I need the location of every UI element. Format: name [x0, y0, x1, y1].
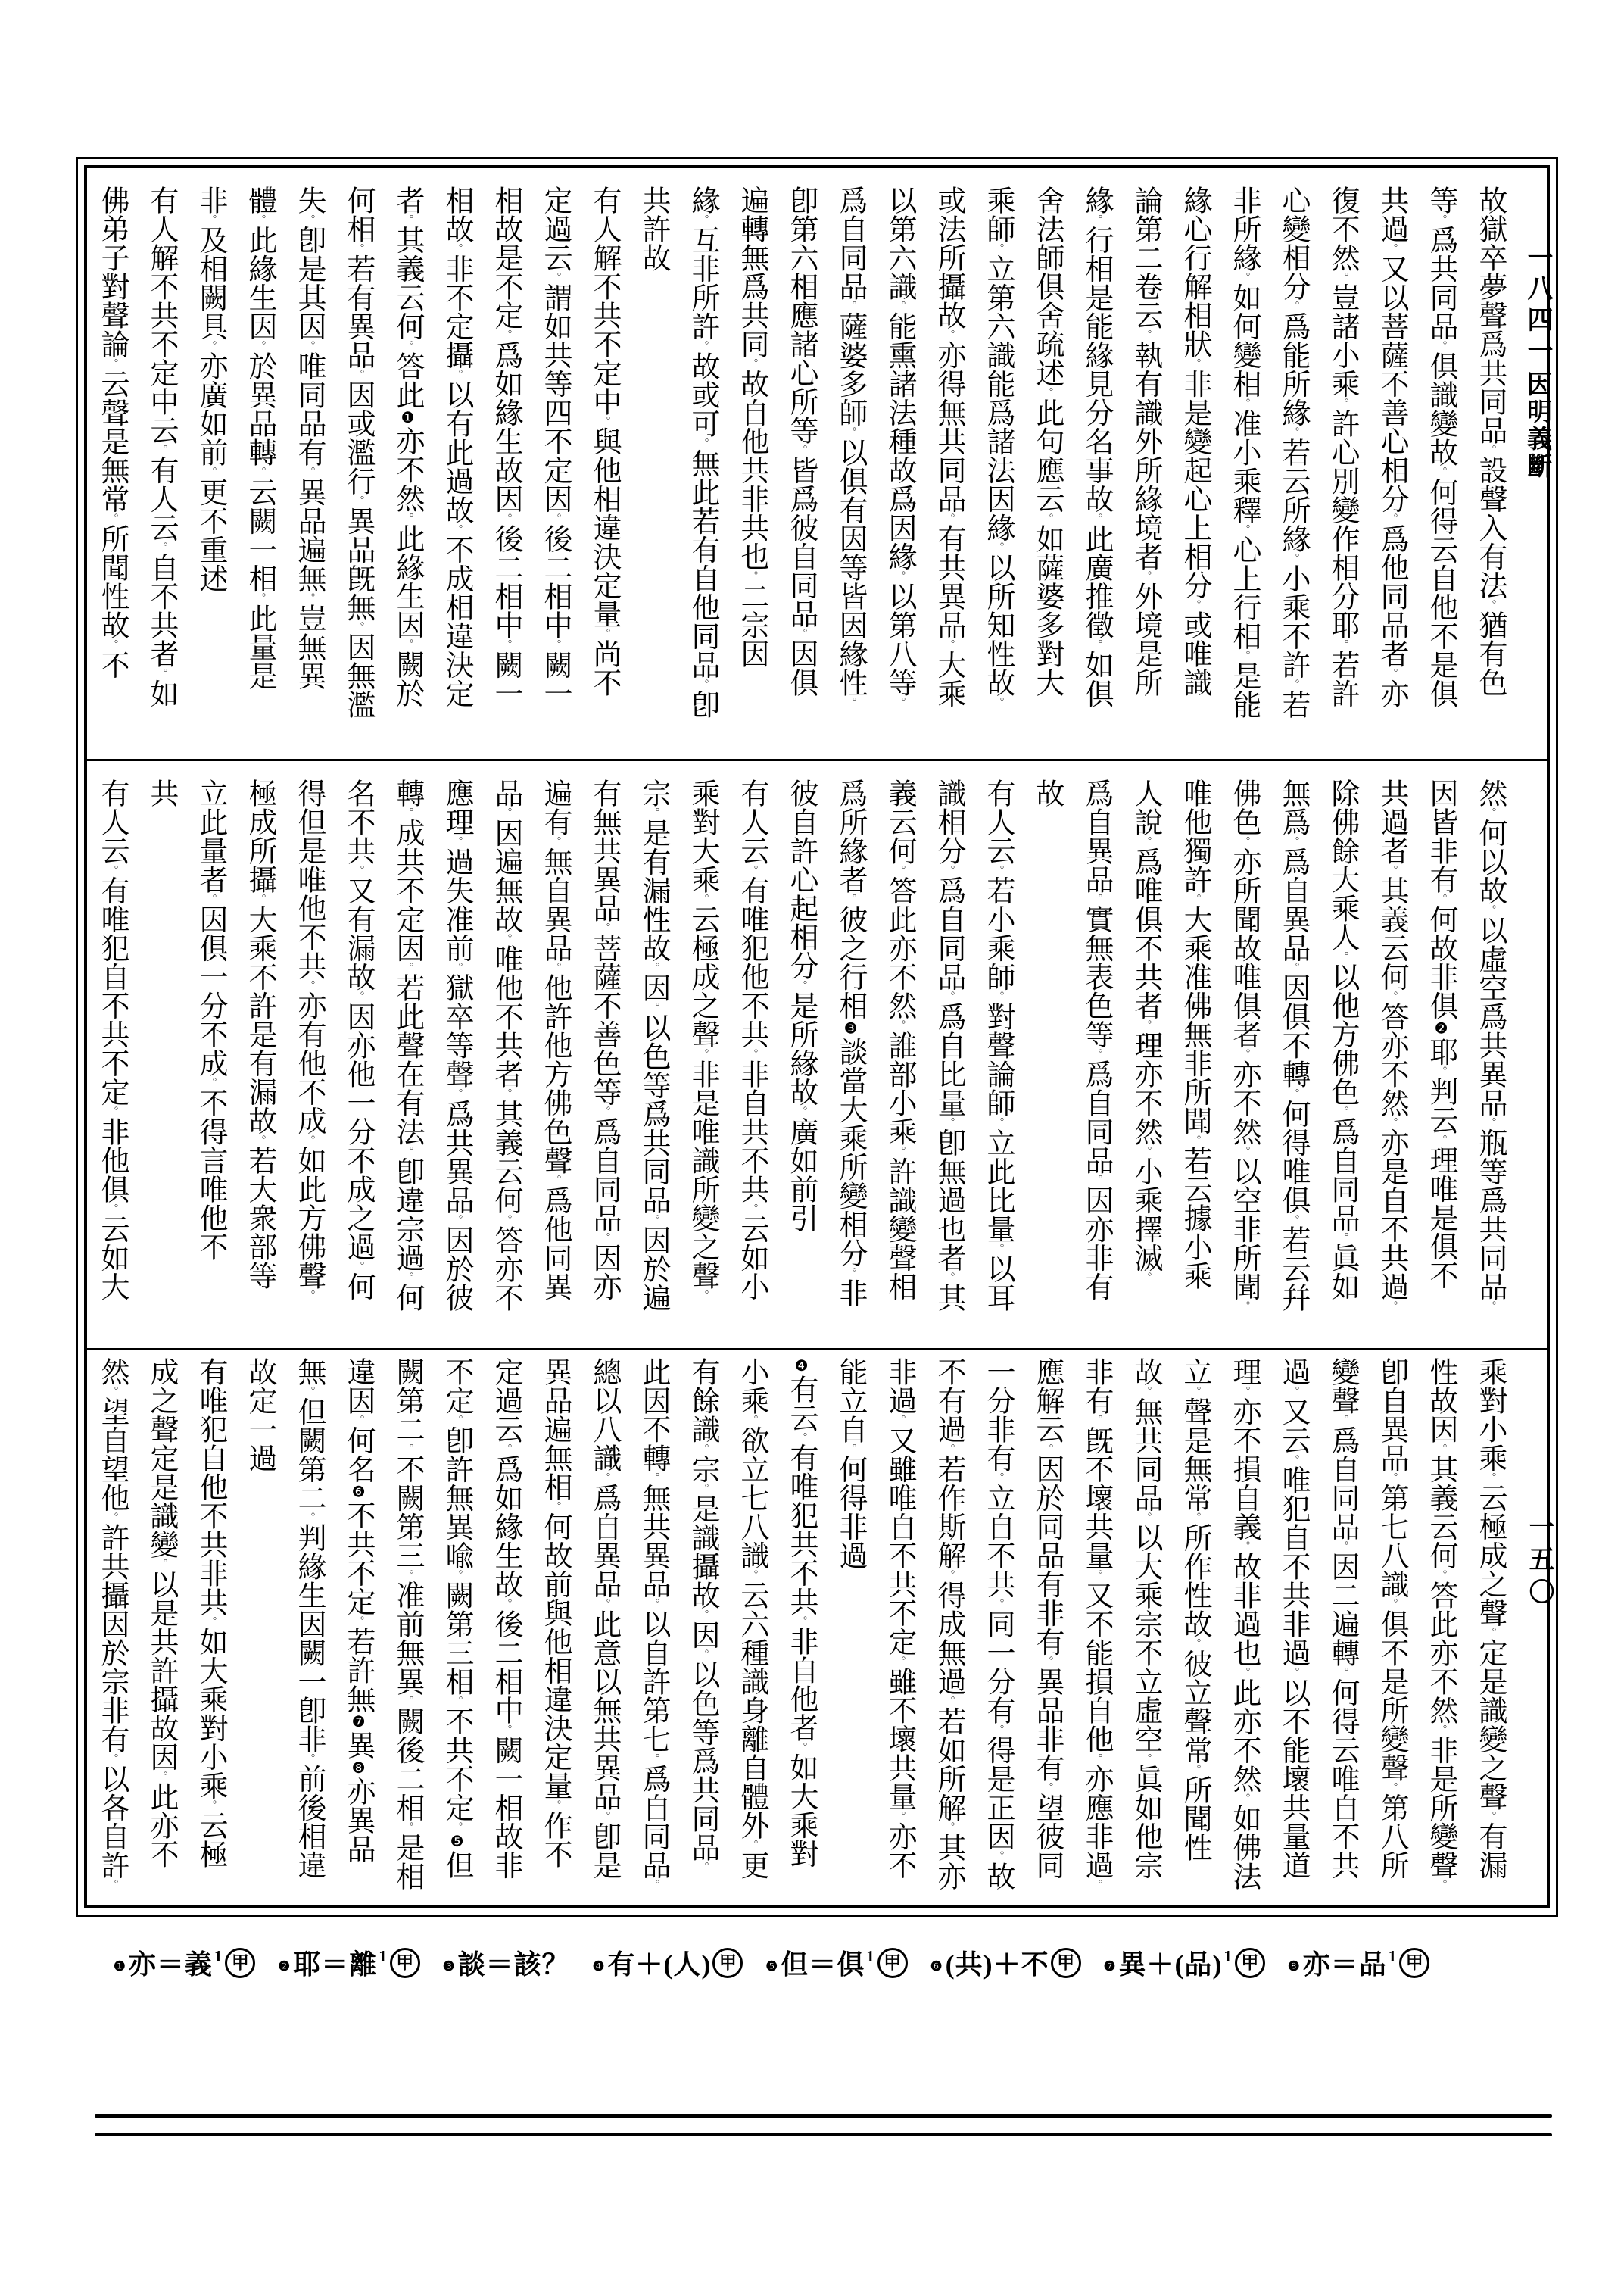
text-column: 非所緣。如何變相。准小乘釋。心上行相。是能 — [1219, 186, 1268, 754]
text-column: 宗。是有漏性故。因。以色等爲共同品。因於遍 — [628, 779, 678, 1328]
text-column: 一分非有。立自不共。同一分有。得是正因。故 — [973, 1357, 1022, 1899]
text-column: 非。及相闕具。亦廣如前。更不重述 — [185, 186, 235, 754]
collation-siglum-icon: 甲 — [1399, 1948, 1429, 1978]
text-column: 品。因遍無故。唯他不共者。其義云何。答亦不 — [481, 779, 530, 1328]
text-column: 彼自許心起相分。是所緣故。廣如前引 — [776, 779, 825, 1328]
text-column: 有人云。若小乘師。對聲論師。立此比量。以耳 — [973, 779, 1022, 1328]
text-column: 變聲。爲自同品。因二遍轉。何得云唯自不共 — [1317, 1357, 1367, 1899]
footnote-text: (共)＋不 — [946, 1943, 1049, 1982]
text-column: 不有過。若作斯解。得成無過。若如所解。其亦 — [924, 1357, 973, 1899]
text-column: 者。其義云何。答此❶亦不然。此緣生因。闕於 — [382, 186, 432, 754]
text-column: 失。卽是其因。唯同品有。異品遍無。豈無異 — [284, 186, 333, 754]
text-column: 佛色。亦所聞故唯俱者。亦不然。以空非所聞。 — [1219, 779, 1268, 1328]
text-column: 因皆非有。何故非俱❷耶。判云。理唯是俱不 — [1416, 779, 1465, 1328]
text-column: 有唯犯自他不共非共。如大乘對小乘。云極 — [185, 1357, 235, 1899]
margin-text-number: 一八四一 — [1519, 244, 1556, 368]
text-column: 乘對大乘。云極成之聲。非是唯識所變之聲。 — [678, 779, 727, 1328]
footnote-number-icon: ❻ — [930, 1949, 943, 1977]
footnote-number-icon: ❽ — [1288, 1949, 1300, 1977]
text-column: 共過者。其義云何。答亦不然。亦是自不共過。 — [1367, 779, 1416, 1328]
text-column: 過。又云。唯犯自不共非過。以不能壞共量道 — [1268, 1357, 1317, 1899]
text-column: 然。望自望他。許共攝因於宗非有。以各自許。 — [87, 1357, 136, 1899]
register-3: 乘對小乘。云極成之聲。定是識變之聲。有漏性故因。其義云何。答此亦不然。非是所變聲… — [87, 1357, 1514, 1899]
text-column: 有餘識。宗。是識攝故。因。以色等爲共同品。 — [678, 1357, 727, 1899]
text-column: 無。但闕第二。判緣生因闕一卽非。前後相違 — [284, 1357, 333, 1899]
text-column: 異品遍無相。何故前與他相違決定量。作不 — [530, 1357, 579, 1899]
text-column: 故定一過 — [235, 1357, 284, 1899]
text-column: 緣。互非所許。故或可。無此若有自他同品。卽 — [678, 186, 727, 754]
text-column: 識相分。爲自同品。爲自比量。卽無過也者。其 — [924, 779, 973, 1328]
text-column: 共 — [136, 779, 185, 1328]
text-column: 等。爲共同品。俱識變故。何得云自他不是俱 — [1416, 186, 1465, 754]
text-column: 爲所緣者。彼之行相❸談當大乘所變相分。非 — [825, 779, 874, 1328]
text-column: 舍法師俱舍疏述。此句應云。如薩婆多對大 — [1022, 186, 1071, 754]
footnote-text: 亦＝義 — [129, 1943, 213, 1982]
footnote-number-icon: ❷ — [278, 1949, 290, 1977]
text-column: 復不然。豈諸小乘。許心別變作相分耶。若許 — [1317, 186, 1367, 754]
text-column: 故獄卒夢聲爲共同品。設聲入有法。猶有色 — [1465, 186, 1514, 754]
text-column: 爲自同品。薩婆多師。以俱有因等皆因緣性。 — [825, 186, 874, 754]
text-column: 心變相分。爲能所緣。若云所緣。小乘不許。若 — [1268, 186, 1317, 754]
text-column: 緣心行解相狀。非是變起心上相分。或唯識 — [1170, 186, 1219, 754]
footnote-item: ❸ 談＝該？ — [443, 1943, 570, 1982]
footnote-number-icon: ❸ — [443, 1949, 455, 1977]
footnote-text: 異＋(品) — [1118, 1943, 1222, 1982]
footnote-number-icon: ❹ — [593, 1949, 605, 1977]
text-column: 遍有。無自異品。他許他方佛色聲。爲他同異 — [530, 779, 579, 1328]
text-column: 成之聲定是識變。以是共許攝故因。此亦不 — [136, 1357, 185, 1899]
text-column: 非過。又雖唯自不共不定。雖不壞共量。亦不 — [874, 1357, 924, 1899]
footnote-text: 亦＝品 — [1303, 1943, 1387, 1982]
text-column: 或法所攝故。亦得無共同品。有共異品。大乘 — [924, 186, 973, 754]
footnote-text: 有＋(人) — [607, 1943, 711, 1982]
text-column: 相故是不定。爲如緣生故因。後二相中。闕一 — [481, 186, 530, 754]
text-column: 得但是唯他不共。亦有他不成。如此方佛聲。 — [284, 779, 333, 1328]
footnote-number-icon: ❺ — [765, 1949, 778, 1977]
footnote-item: ❹ 有＋(人) 甲 — [593, 1943, 743, 1982]
text-column: 極成所攝。大乘不許是有漏故。若大衆部等 — [235, 779, 284, 1328]
text-column: 論第二卷云。執有識外所緣境者。外境是所 — [1121, 186, 1170, 754]
text-column: 總以八識。爲自異品。此意以無共異品。卽是 — [579, 1357, 628, 1899]
text-column: 體。此緣生因。於異品轉。云闕一相。此量是 — [235, 186, 284, 754]
text-column: 卽第六相應諸心所等。皆爲彼自同品。因俱 — [776, 186, 825, 754]
text-column: 故 — [1022, 779, 1071, 1328]
text-column: 義云何。答此亦不然。誰部小乘。許識變聲相 — [874, 779, 924, 1328]
text-column: 以第六識。能熏諸法種故爲因緣。以第八等。 — [874, 186, 924, 754]
text-column: 乘師。立第六識能爲諸法因緣。以所知性故。 — [973, 186, 1022, 754]
text-column: 立。聲是無常。所作性故。彼立聲常。所聞性 — [1170, 1357, 1219, 1899]
footnote-item: ❽ 亦＝品 1 甲 — [1288, 1943, 1429, 1982]
footnote-item: ❷ 耶＝離 1 甲 — [278, 1943, 419, 1982]
text-column: 立此量者。因俱一分不成。不得言唯他不 — [185, 779, 235, 1328]
footnote-item: ❺ 但＝俱 1 甲 — [765, 1943, 907, 1982]
text-column: 何相。若有異品。因或濫行。異品旣無。因無濫 — [333, 186, 382, 754]
text-column: 能立自。何得非過 — [825, 1357, 874, 1899]
text-column: 卽自異品。第七八識。俱不是所變聲。第八所 — [1367, 1357, 1416, 1899]
footnote-item: ❶ 亦＝義 1 甲 — [114, 1943, 255, 1982]
footnote-text: 但＝俱 — [781, 1943, 865, 1982]
scanned-page: 故獄卒夢聲爲共同品。設聲入有法。猶有色等。爲共同品。俱識變故。何得云自他不是俱共… — [0, 0, 1624, 2272]
collation-siglum-icon: 甲 — [390, 1948, 420, 1978]
text-column: 非有。旣不壞共量。又不能損自他。亦應非過。 — [1071, 1357, 1121, 1899]
text-column: 相故。非不定攝。以有此過故。不成相違決定 — [432, 186, 481, 754]
text-column: 理。亦不損自義。故非過也。此亦不然。如佛法 — [1219, 1357, 1268, 1899]
text-column: 有無共異品。菩薩不善色等。爲自同品。因亦 — [579, 779, 628, 1328]
footnote-item: ❻ (共)＋不 甲 — [930, 1943, 1081, 1982]
text-column: 有人云。有唯犯他不共。非自共不共。云如小 — [727, 779, 776, 1328]
text-column: 違因。何名❻不共不定。若許無❼異❽亦異品 — [333, 1357, 382, 1899]
scan-artifact-line — [95, 2114, 1552, 2118]
collation-siglum-icon: 甲 — [225, 1948, 255, 1978]
collation-siglum-icon: 甲 — [1235, 1948, 1265, 1978]
register-1: 故獄卒夢聲爲共同品。設聲入有法。猶有色等。爲共同品。俱識變故。何得云自他不是俱共… — [87, 186, 1514, 754]
text-column: 人說。爲唯俱不共者。理亦不然。小乘擇滅。 — [1121, 779, 1170, 1328]
text-column: 遍轉無爲共同。故自他共非共也。二宗因 — [727, 186, 776, 754]
text-column: 小乘。欲立七八識。云六種識身離自體外。更 — [727, 1357, 776, 1899]
footnote-number-icon: ❶ — [114, 1949, 126, 1977]
text-column: 無爲。爲自異品。因俱不轉。何得唯俱。若云幷 — [1268, 779, 1317, 1328]
text-column: 應解云。因於同品有非有。異品非有。望彼同 — [1022, 1357, 1071, 1899]
text-column: 爲自異品。實無表色等。爲自同品。因亦非有 — [1071, 779, 1121, 1328]
register-2: 然。何以故。以虛空爲共異品。瓶等爲共同品。因皆非有。何故非俱❷耶。判云。理唯是俱… — [87, 779, 1514, 1328]
text-column: 除佛餘大乘人。以他方佛色。爲自同品。眞如 — [1317, 779, 1367, 1328]
text-column: 有人云。有唯犯自不共不定。非他俱。云如大 — [87, 779, 136, 1328]
text-column: ❹有云。有唯犯共不共。非自他者。如大乘對 — [776, 1357, 825, 1899]
text-column: 故。無共同品。以大乘宗不立虛空。眞如他宗 — [1121, 1357, 1170, 1899]
text-column: 名不共。又有漏故。因亦他一分不成之過。何 — [333, 779, 382, 1328]
collation-siglum-icon: 甲 — [877, 1948, 908, 1978]
text-column: 唯他獨許。大乘准佛無非所聞。若云據小乘 — [1170, 779, 1219, 1328]
text-column: 佛弟子對聲論。云聲是無常。所聞性故。不 — [87, 186, 136, 754]
text-column: 共過。又以菩薩不善心相分。爲他同品者。亦 — [1367, 186, 1416, 754]
footnote-number-icon: ❼ — [1104, 1949, 1116, 1977]
margin-title: 因明義斷 — [1520, 371, 1555, 480]
text-column: 不定。卽許無異喩。闕第三相。不共不定。❺但 — [432, 1357, 481, 1899]
text-column: 有人解不共不定中。與他相違決定量。尚不 — [579, 186, 628, 754]
register-divider-2 — [87, 1348, 1547, 1350]
register-divider-1 — [87, 759, 1547, 761]
text-column: 應理。過失准前。獄卒等聲。爲共異品。因於彼 — [432, 779, 481, 1328]
footnote-text: 耶＝離 — [293, 1943, 377, 1982]
footnote-item: ❼ 異＋(品) 1 甲 — [1104, 1943, 1265, 1982]
text-column: 然。何以故。以虛空爲共異品。瓶等爲共同品。 — [1465, 779, 1514, 1328]
text-column: 定過云。謂如共等四不定因。後二相中。闕一 — [530, 186, 579, 754]
text-column: 乘對小乘。云極成之聲。定是識變之聲。有漏 — [1465, 1357, 1514, 1899]
text-column: 闕第二。不闕第三。准前無異。闕後二相。是相 — [382, 1357, 432, 1899]
text-column: 轉。成共不定因。若此聲在有法。卽違宗過。何 — [382, 779, 432, 1328]
page-number: 一五〇 — [1520, 1513, 1557, 1611]
footnote-apparatus: ❶ 亦＝義 1 甲 ❷ 耶＝離 1 甲 ❸ 談＝該？ ❹ 有＋(人) 甲 ❺ 但… — [114, 1943, 1567, 1983]
text-column: 有人解不共不定中云。有人云。自不共者。如 — [136, 186, 185, 754]
text-column: 性故因。其義云何。答此亦不然。非是所變聲。 — [1416, 1357, 1465, 1899]
collation-siglum-icon: 甲 — [712, 1948, 743, 1978]
text-column: 此因不轉。無共異品。以自許第七。爲自同品。 — [628, 1357, 678, 1899]
text-column: 緣。行相是能緣見分名事故。此廣推徵。如俱 — [1071, 186, 1121, 754]
collation-siglum-icon: 甲 — [1051, 1948, 1081, 1978]
text-column: 共許故 — [628, 186, 678, 754]
footnote-text: 談＝該？ — [458, 1943, 570, 1982]
scan-artifact-line — [95, 2133, 1552, 2136]
text-column: 定過云。爲如緣生故。後二相中。闕一相故非 — [481, 1357, 530, 1899]
